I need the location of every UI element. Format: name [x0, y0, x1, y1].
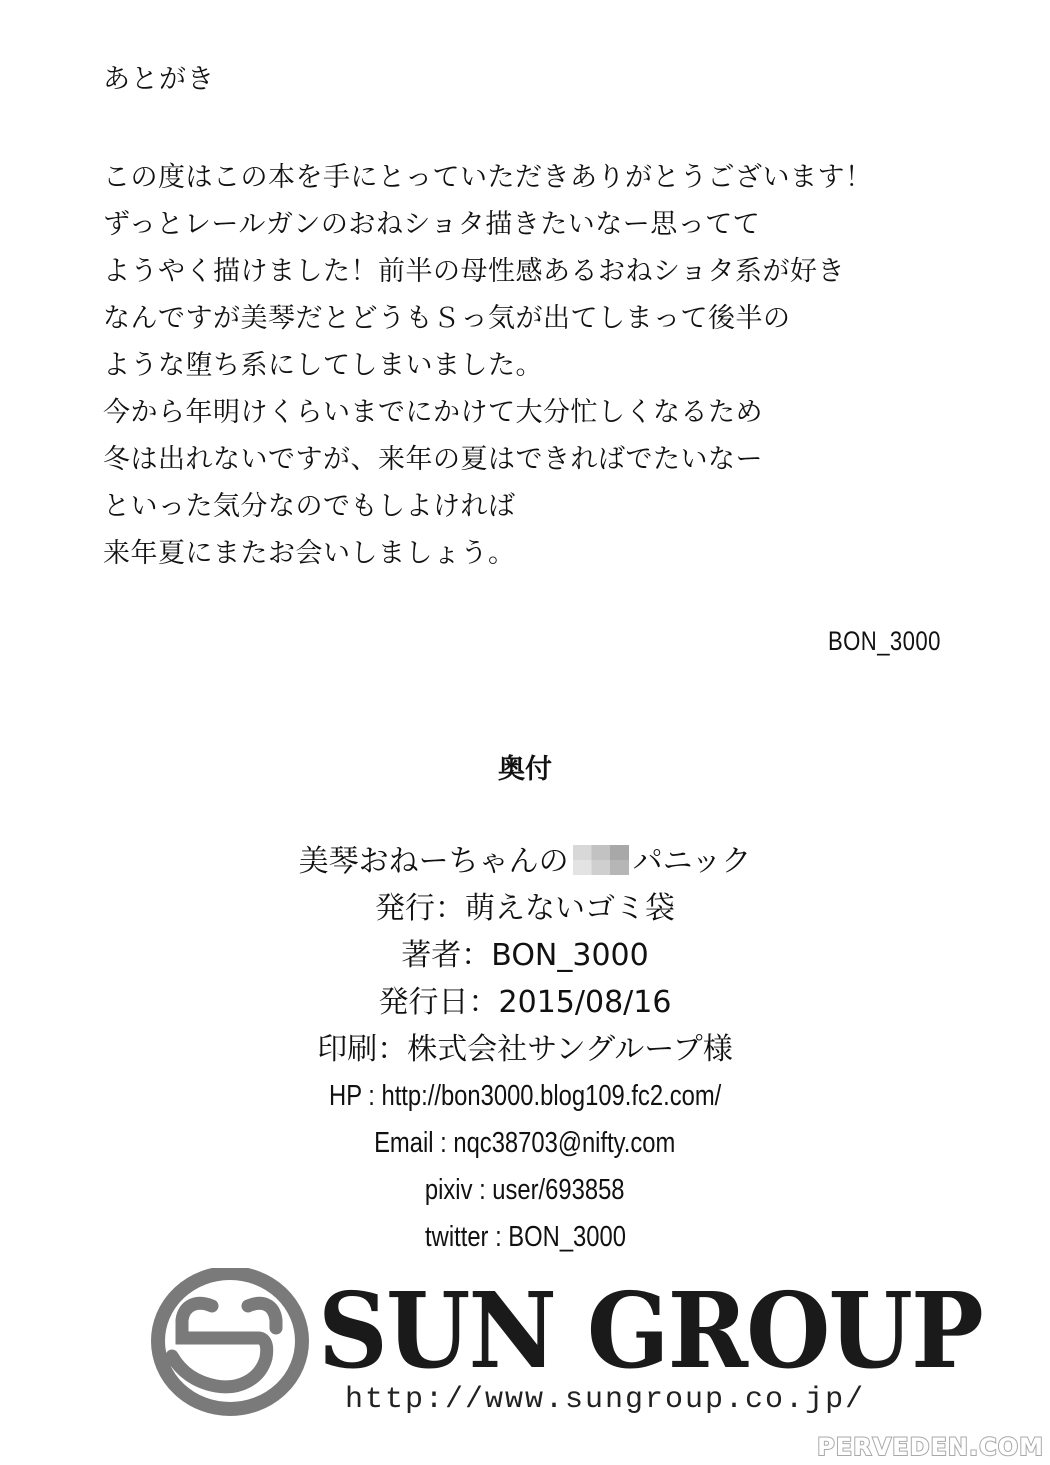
printer-logo-name: SUN GROUP	[318, 1276, 982, 1386]
afterword-line: といった気分なのでもしよければ	[103, 483, 943, 530]
watermark: PERVEDEN.COM	[817, 1433, 1044, 1461]
homepage-line: HP : http://bon3000.blog109.fc2.com/	[0, 1073, 1050, 1120]
publisher-line: 発行：萌えないゴミ袋	[0, 885, 1050, 932]
afterword-signature: BON_3000	[828, 624, 941, 658]
email-line: Email : nqc38703@nifty.com	[0, 1120, 1050, 1167]
printer-logo: SUN GROUP http://www.sungroup.co.jp/	[150, 1268, 910, 1428]
afterword-line: 来年夏にまたお会いしましょう。	[103, 530, 943, 577]
colophon: 美琴おねーちゃんのパニック 発行：萌えないゴミ袋 著者：BON_3000 発行日…	[0, 838, 1050, 1261]
sun-group-logo-icon	[150, 1268, 310, 1418]
afterword-line: なんですが美琴だとどうもＳっ気が出てしまって後半の	[103, 295, 943, 342]
book-title: 美琴おねーちゃんのパニック	[0, 838, 1050, 885]
pixiv-text: pixiv : user/693858	[425, 1167, 625, 1214]
publish-date-line: 発行日：2015/08/16	[0, 979, 1050, 1026]
afterword-line: ずっとレールガンのおねショタ描きたいなー思ってて	[103, 201, 943, 248]
author-line: 著者：BON_3000	[0, 932, 1050, 979]
afterword-body: この度はこの本を手にとっていただきありがとうございます！ ずっとレールガンのおね…	[103, 154, 943, 577]
email-text: Email : nqc38703@nifty.com	[374, 1120, 675, 1167]
homepage-text: HP : http://bon3000.blog109.fc2.com/	[329, 1073, 721, 1120]
twitter-line: twitter : BON_3000	[0, 1214, 1050, 1261]
censor-block	[573, 845, 629, 875]
printer-line: 印刷：株式会社サングループ様	[0, 1026, 1050, 1073]
twitter-text: twitter : BON_3000	[425, 1214, 626, 1261]
afterword-line: 今から年明けくらいまでにかけて大分忙しくなるため	[103, 389, 943, 436]
printer-logo-url: http://www.sungroup.co.jp/	[345, 1382, 865, 1418]
afterword-line: ようやく描けました！前半の母性感あるおねショタ系が好き	[103, 248, 943, 295]
book-title-prefix: 美琴おねーちゃんの	[299, 844, 569, 879]
afterword-title: あとがき	[103, 62, 215, 98]
afterword-line: この度はこの本を手にとっていただきありがとうございます！	[103, 154, 943, 201]
afterword-line: ような堕ち系にしてしまいました。	[103, 342, 943, 389]
book-title-suffix: パニック	[633, 844, 752, 879]
afterword-line: 冬は出れないですが、来年の夏はできればでたいなー	[103, 436, 943, 483]
colophon-title: 奥付	[0, 752, 1050, 788]
pixiv-line: pixiv : user/693858	[0, 1167, 1050, 1214]
